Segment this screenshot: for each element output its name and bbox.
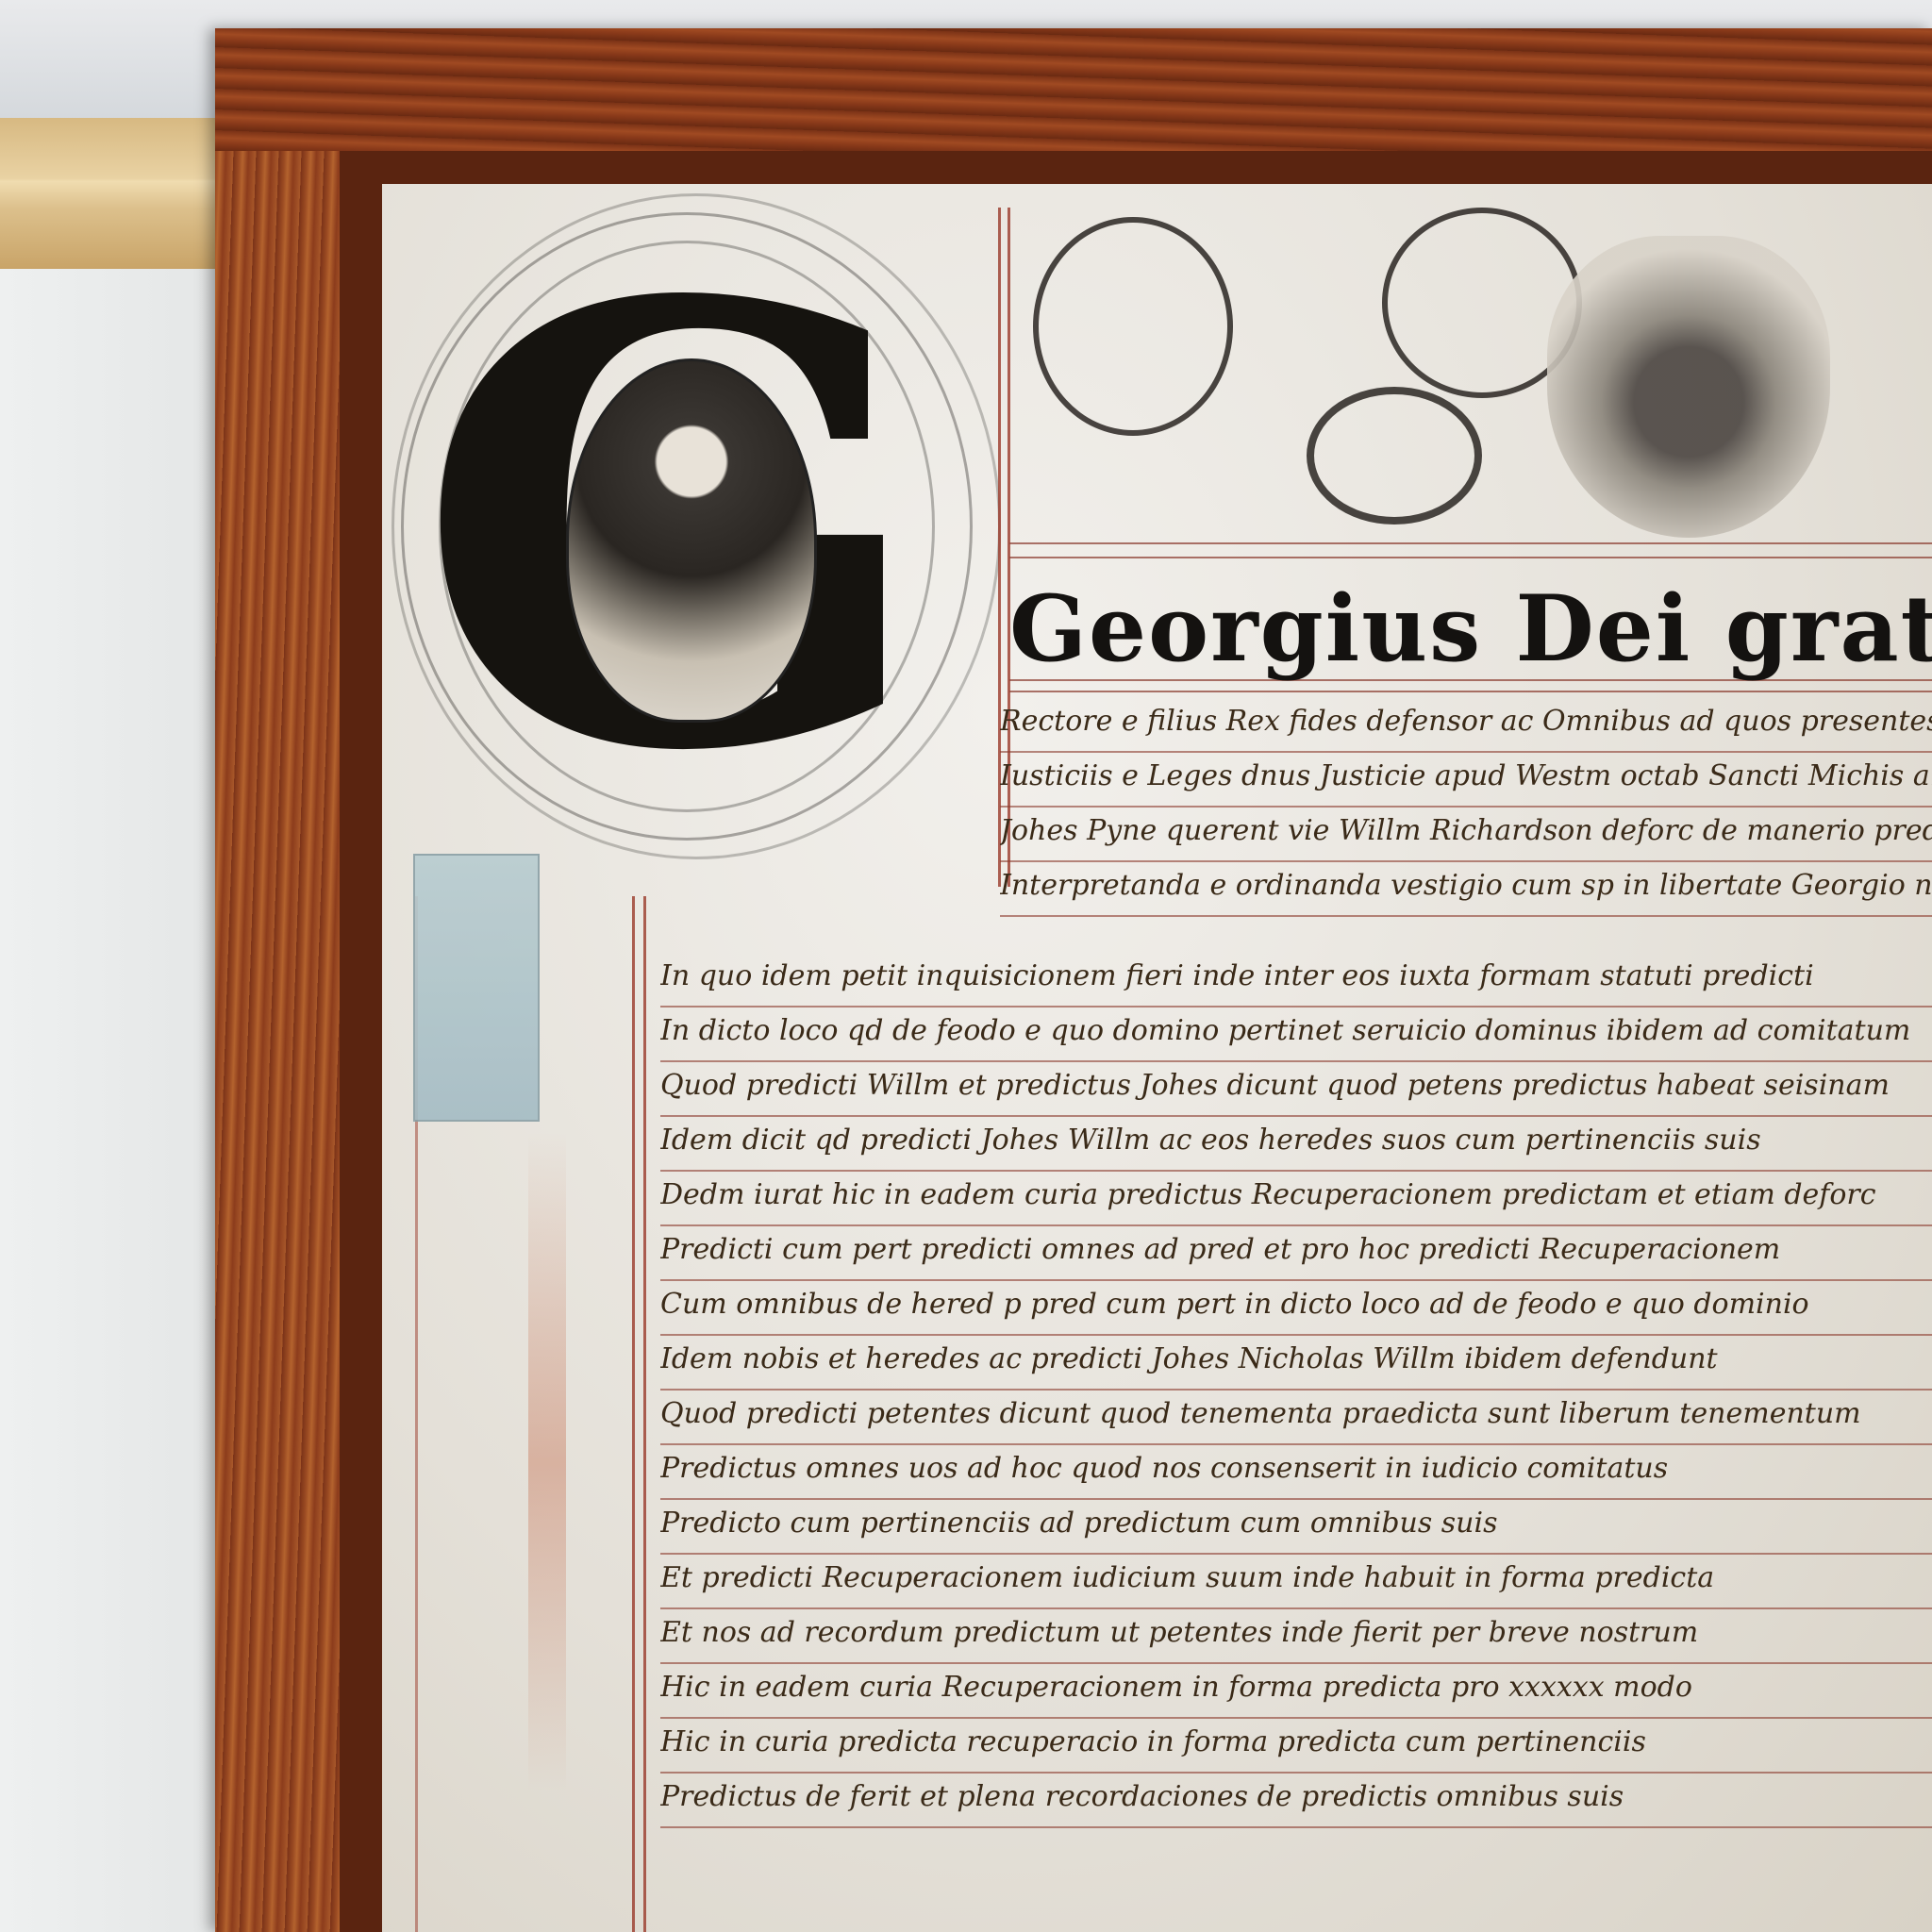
wooden-shelf: [0, 118, 226, 269]
red-margin-rule: [643, 896, 646, 1932]
text-line: Hic in curia predicta recuperacio in for…: [660, 1719, 1932, 1774]
manuscript-text-upper: Rectore e filius Rex fides defensor ac O…: [1000, 698, 1932, 917]
revenue-stamp: [413, 854, 540, 1122]
picture-frame-top-rail: [215, 28, 1932, 151]
text-line: In dicto loco qd de feodo e quo domino p…: [660, 1008, 1932, 1062]
manuscript-text-lower: In quo idem petit inquisicionem fieri in…: [660, 953, 1932, 1828]
stain-marks: [528, 1132, 566, 1792]
text-line: Predicto cum pertinenciis ad predictum c…: [660, 1500, 1932, 1555]
text-line: Idem dicit qd predicti Johes Willm ac eo…: [660, 1117, 1932, 1172]
text-line: In quo idem petit inquisicionem fieri in…: [660, 953, 1932, 1008]
text-line: Quod predicti Willm et predictus Johes d…: [660, 1062, 1932, 1117]
text-line: Predicti cum pert predicti omnes ad pred…: [660, 1226, 1932, 1281]
heading-rule: [1009, 691, 1932, 692]
text-line: Johes Pyne querent vie Willm Richardson …: [1000, 808, 1932, 862]
text-line: Quod predicti petentes dicunt quod tenem…: [660, 1391, 1932, 1445]
heading-rule: [1009, 557, 1932, 558]
text-line: Dedm iurat hic in eadem curia predictus …: [660, 1172, 1932, 1226]
text-line: Rectore e filius Rex fides defensor ac O…: [1000, 698, 1932, 753]
royal-coat-of-arms: [1547, 236, 1830, 538]
wall-left: [0, 269, 226, 1932]
text-line: Idem nobis et heredes ac predicti Johes …: [660, 1336, 1932, 1391]
king-portrait: [566, 358, 817, 723]
text-line: Et predicti Recuperacionem iudicium suum…: [660, 1555, 1932, 1609]
text-line: Cum omnibus de hered p pred cum pert in …: [660, 1281, 1932, 1336]
red-margin-rule: [632, 896, 635, 1932]
text-line: Et nos ad recordum predictum ut petentes…: [660, 1609, 1932, 1664]
text-line: Interpretanda e ordinanda vestigio cum s…: [1000, 862, 1932, 917]
text-line: Iusticiis e Leges dnus Justicie apud Wes…: [1000, 753, 1932, 808]
text-line: Predictus de ferit et plena recordacione…: [660, 1774, 1932, 1828]
document-heading: Georgius Dei gratia: [1009, 575, 1932, 682]
heading-rule: [1009, 542, 1932, 544]
text-line: Hic in eadem curia Recuperacionem in for…: [660, 1664, 1932, 1719]
text-line: Predictus omnes uos ad hoc quod nos cons…: [660, 1445, 1932, 1500]
